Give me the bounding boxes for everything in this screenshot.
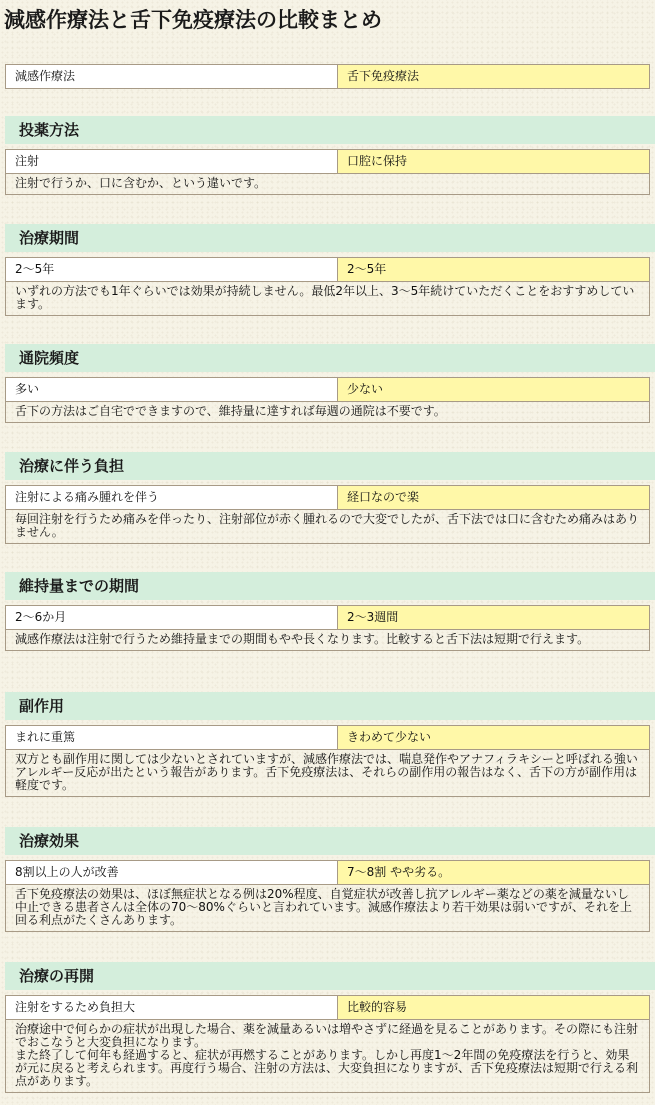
description: 治療途中で何らかの症状が出現した場合、薬を減量あるいは増やさずに経過を見ることが… [6,1020,650,1093]
description-row: 毎回注射を行うため痛みを伴ったり、注射部位が赤く腫れるので大変でしたが、舌下法で… [6,510,650,544]
section-title: 通院頻度 [5,344,655,372]
comparison-table: 8割以上の人が改善 7〜8割 やや劣る。 舌下免疫療法の効果は、ほぼ無症状となる… [5,860,650,932]
comparison-table: 2〜5年 2〜5年 いずれの方法でも1年ぐらいでは効果が持続しません。最低2年以… [5,257,650,316]
comparison-table: 注射による痛み腫れを伴う 経口なので楽 毎回注射を行うため痛みを伴ったり、注射部… [5,485,650,544]
section-title: 投薬方法 [5,116,655,144]
left-value: 注射による痛み腫れを伴う [6,486,338,510]
description-row: 治療途中で何らかの症状が出現した場合、薬を減量あるいは増やさずに経過を見ることが… [6,1020,650,1093]
section-title: 治療の再開 [5,962,655,990]
page-title: 減感作療法と舌下免疫療法の比較まとめ [4,4,382,34]
comparison-row: 注射による痛み腫れを伴う 経口なので楽 [6,486,650,510]
description-row: 舌下免疫療法の効果は、ほぼ無症状となる例は20%程度、自覚症状が改善し抗アレルギ… [6,885,650,932]
left-value: 注射 [6,150,338,174]
right-value: 2〜3週間 [338,606,650,630]
section-title: 治療効果 [5,827,655,855]
comparison-row: まれに重篤 きわめて少ない [6,726,650,750]
comparison-row: 多い 少ない [6,378,650,402]
comparison-row: 8割以上の人が改善 7〜8割 やや劣る。 [6,861,650,885]
method-header-row: 減感作療法 舌下免疫療法 [6,65,650,89]
right-value: 7〜8割 やや劣る。 [338,861,650,885]
left-value: 注射をするため負担大 [6,996,338,1020]
description: 注射で行うか、口に含むか、という違いです。 [6,174,650,195]
method-right-label: 舌下免疫療法 [338,65,650,89]
left-value: 多い [6,378,338,402]
right-value: 2〜5年 [338,258,650,282]
comparison-table: 多い 少ない 舌下の方法はご自宅でできますので、維持量に達すれば毎週の通院は不要… [5,377,650,423]
left-value: まれに重篤 [6,726,338,750]
section-title: 治療期間 [5,224,655,252]
description-row: 減感作療法は注射で行うため維持量までの期間もやや長くなります。比較すると舌下法は… [6,630,650,651]
right-value: 少ない [338,378,650,402]
description: 減感作療法は注射で行うため維持量までの期間もやや長くなります。比較すると舌下法は… [6,630,650,651]
description-row: 注射で行うか、口に含むか、という違いです。 [6,174,650,195]
description: 毎回注射を行うため痛みを伴ったり、注射部位が赤く腫れるので大変でしたが、舌下法で… [6,510,650,544]
method-header-table: 減感作療法 舌下免疫療法 [5,64,650,89]
section-title: 副作用 [5,692,655,720]
right-value: 経口なので楽 [338,486,650,510]
comparison-table: 2〜6か月 2〜3週間 減感作療法は注射で行うため維持量までの期間もやや長くなり… [5,605,650,651]
description: 舌下の方法はご自宅でできますので、維持量に達すれば毎週の通院は不要です。 [6,402,650,423]
description-row: 舌下の方法はご自宅でできますので、維持量に達すれば毎週の通院は不要です。 [6,402,650,423]
right-value: 口腔に保持 [338,150,650,174]
description: いずれの方法でも1年ぐらいでは効果が持続しません。最低2年以上、3〜5年続けてい… [6,282,650,316]
left-value: 2〜5年 [6,258,338,282]
comparison-table: 注射をするため負担大 比較的容易 治療途中で何らかの症状が出現した場合、薬を減量… [5,995,650,1093]
comparison-row: 注射をするため負担大 比較的容易 [6,996,650,1020]
comparison-row: 2〜5年 2〜5年 [6,258,650,282]
section-title: 治療に伴う負担 [5,452,655,480]
description-row: 双方とも副作用に関しては少ないとされていますが、減感作療法では、喘息発作やアナフ… [6,750,650,797]
description: 双方とも副作用に関しては少ないとされていますが、減感作療法では、喘息発作やアナフ… [6,750,650,797]
comparison-row: 2〜6か月 2〜3週間 [6,606,650,630]
comparison-table: まれに重篤 きわめて少ない 双方とも副作用に関しては少ないとされていますが、減感… [5,725,650,797]
comparison-row: 注射 口腔に保持 [6,150,650,174]
description-row: いずれの方法でも1年ぐらいでは効果が持続しません。最低2年以上、3〜5年続けてい… [6,282,650,316]
comparison-table: 注射 口腔に保持 注射で行うか、口に含むか、という違いです。 [5,149,650,195]
section-title: 維持量までの期間 [5,572,655,600]
description: 舌下免疫療法の効果は、ほぼ無症状となる例は20%程度、自覚症状が改善し抗アレルギ… [6,885,650,932]
right-value: きわめて少ない [338,726,650,750]
left-value: 8割以上の人が改善 [6,861,338,885]
right-value: 比較的容易 [338,996,650,1020]
method-left-label: 減感作療法 [6,65,338,89]
left-value: 2〜6か月 [6,606,338,630]
